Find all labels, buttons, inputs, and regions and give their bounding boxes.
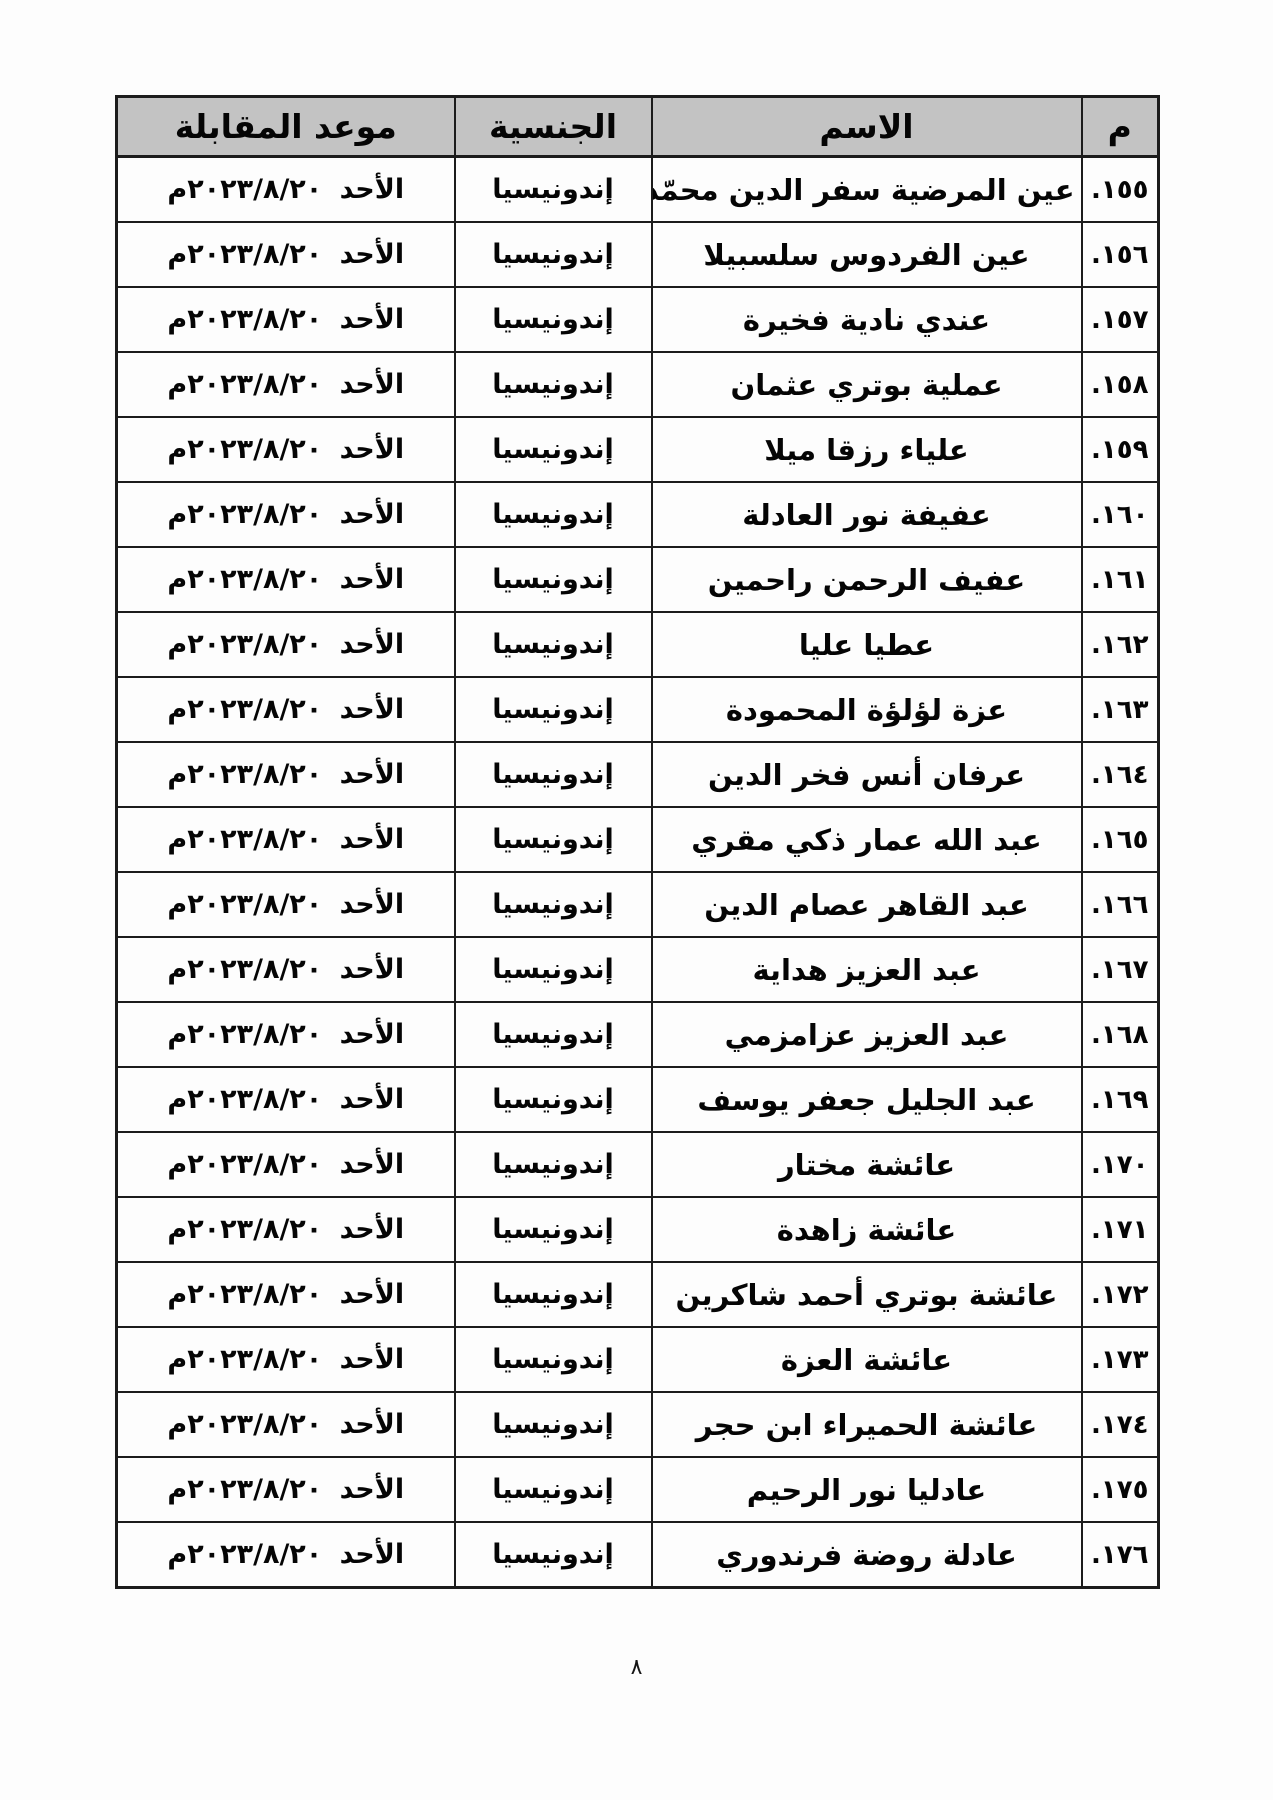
name-cell: عبد القاهر عصام الدين [652, 872, 1082, 937]
name-cell: عفيف الرحمن راحمين [652, 547, 1082, 612]
table-row: ١٥٥.عين المرضية سفر الدين محمّدإندونيسيا… [117, 157, 1159, 223]
nationality-cell: إندونيسيا [455, 287, 652, 352]
nationality-cell: إندونيسيا [455, 872, 652, 937]
row-number-cell: ١٥٨. [1082, 352, 1159, 417]
interview-date-cell: الأحد ٢٠٢٣/٨/٢٠م [117, 1132, 455, 1197]
page-number: ٨ [0, 1655, 1273, 1680]
table-row: ١٦٥.عبد الله عمار ذكي مقريإندونيسياالأحد… [117, 807, 1159, 872]
header-interview-date: موعد المقابلة [117, 97, 455, 157]
name-cell: عائشة بوتري أحمد شاكرين [652, 1262, 1082, 1327]
row-number-cell: ١٧٤. [1082, 1392, 1159, 1457]
name-cell: عائشة العزة [652, 1327, 1082, 1392]
row-number-cell: ١٦٨. [1082, 1002, 1159, 1067]
row-number-cell: ١٧٦. [1082, 1522, 1159, 1588]
nationality-cell: إندونيسيا [455, 742, 652, 807]
row-number-cell: ١٧٠. [1082, 1132, 1159, 1197]
document-page: م الاسم الجنسية موعد المقابلة ١٥٥.عين ال… [0, 0, 1273, 1800]
nationality-cell: إندونيسيا [455, 937, 652, 1002]
interview-date-cell: الأحد ٢٠٢٣/٨/٢٠م [117, 1197, 455, 1262]
nationality-cell: إندونيسيا [455, 1132, 652, 1197]
row-number-cell: ١٦٤. [1082, 742, 1159, 807]
interview-date-cell: الأحد ٢٠٢٣/٨/٢٠م [117, 417, 455, 482]
table-row: ١٧٠.عائشة مختارإندونيسياالأحد ٢٠٢٣/٨/٢٠م [117, 1132, 1159, 1197]
row-number-cell: ١٥٥. [1082, 157, 1159, 223]
nationality-cell: إندونيسيا [455, 1392, 652, 1457]
nationality-cell: إندونيسيا [455, 1262, 652, 1327]
nationality-cell: إندونيسيا [455, 157, 652, 223]
interview-date-cell: الأحد ٢٠٢٣/٨/٢٠م [117, 547, 455, 612]
interview-date-cell: الأحد ٢٠٢٣/٨/٢٠م [117, 1522, 455, 1588]
name-cell: عائشة زاهدة [652, 1197, 1082, 1262]
row-number-cell: ١٦١. [1082, 547, 1159, 612]
interview-schedule-table: م الاسم الجنسية موعد المقابلة ١٥٥.عين ال… [115, 95, 1160, 1589]
table-header-row: م الاسم الجنسية موعد المقابلة [117, 97, 1159, 157]
table-row: ١٦٢.عطيا علياإندونيسياالأحد ٢٠٢٣/٨/٢٠م [117, 612, 1159, 677]
table-row: ١٧٥.عادليا نور الرحيمإندونيسياالأحد ٢٠٢٣… [117, 1457, 1159, 1522]
name-cell: علياء رزقا ميلا [652, 417, 1082, 482]
row-number-cell: ١٦٩. [1082, 1067, 1159, 1132]
interview-date-cell: الأحد ٢٠٢٣/٨/٢٠م [117, 677, 455, 742]
row-number-cell: ١٦٥. [1082, 807, 1159, 872]
row-number-cell: ١٦٠. [1082, 482, 1159, 547]
row-number-cell: ١٦٦. [1082, 872, 1159, 937]
interview-date-cell: الأحد ٢٠٢٣/٨/٢٠م [117, 287, 455, 352]
interview-date-cell: الأحد ٢٠٢٣/٨/٢٠م [117, 742, 455, 807]
nationality-cell: إندونيسيا [455, 807, 652, 872]
table-row: ١٥٧.عندي نادية فخيرةإندونيسياالأحد ٢٠٢٣/… [117, 287, 1159, 352]
interview-date-cell: الأحد ٢٠٢٣/٨/٢٠م [117, 1457, 455, 1522]
row-number-cell: ١٦٧. [1082, 937, 1159, 1002]
interview-date-cell: الأحد ٢٠٢٣/٨/٢٠م [117, 1002, 455, 1067]
row-number-cell: ١٥٦. [1082, 222, 1159, 287]
table-row: ١٦١.عفيف الرحمن راحمينإندونيسياالأحد ٢٠٢… [117, 547, 1159, 612]
name-cell: عفيفة نور العادلة [652, 482, 1082, 547]
header-nationality: الجنسية [455, 97, 652, 157]
interview-date-cell: الأحد ٢٠٢٣/٨/٢٠م [117, 1392, 455, 1457]
interview-date-cell: الأحد ٢٠٢٣/٨/٢٠م [117, 1262, 455, 1327]
table-row: ١٧٦.عادلة روضة فرندوريإندونيسياالأحد ٢٠٢… [117, 1522, 1159, 1588]
row-number-cell: ١٦٣. [1082, 677, 1159, 742]
name-cell: عين الفردوس سلسبيلا [652, 222, 1082, 287]
nationality-cell: إندونيسيا [455, 222, 652, 287]
row-number-cell: ١٧١. [1082, 1197, 1159, 1262]
interview-date-cell: الأحد ٢٠٢٣/٨/٢٠م [117, 482, 455, 547]
table-row: ١٥٩.علياء رزقا ميلاإندونيسياالأحد ٢٠٢٣/٨… [117, 417, 1159, 482]
header-number: م [1082, 97, 1159, 157]
interview-date-cell: الأحد ٢٠٢٣/٨/٢٠م [117, 157, 455, 223]
interview-date-cell: الأحد ٢٠٢٣/٨/٢٠م [117, 1067, 455, 1132]
nationality-cell: إندونيسيا [455, 1327, 652, 1392]
name-cell: عائشة الحميراء ابن حجر [652, 1392, 1082, 1457]
nationality-cell: إندونيسيا [455, 1067, 652, 1132]
nationality-cell: إندونيسيا [455, 1457, 652, 1522]
nationality-cell: إندونيسيا [455, 1002, 652, 1067]
interview-date-cell: الأحد ٢٠٢٣/٨/٢٠م [117, 1327, 455, 1392]
table-row: ١٦٠.عفيفة نور العادلةإندونيسياالأحد ٢٠٢٣… [117, 482, 1159, 547]
interview-date-cell: الأحد ٢٠٢٣/٨/٢٠م [117, 807, 455, 872]
nationality-cell: إندونيسيا [455, 1522, 652, 1588]
nationality-cell: إندونيسيا [455, 1197, 652, 1262]
nationality-cell: إندونيسيا [455, 547, 652, 612]
table-row: ١٦٦.عبد القاهر عصام الدينإندونيسياالأحد … [117, 872, 1159, 937]
name-cell: عبد العزيز عزامزمي [652, 1002, 1082, 1067]
interview-date-cell: الأحد ٢٠٢٣/٨/٢٠م [117, 937, 455, 1002]
name-cell: عادليا نور الرحيم [652, 1457, 1082, 1522]
row-number-cell: ١٥٩. [1082, 417, 1159, 482]
nationality-cell: إندونيسيا [455, 482, 652, 547]
table-row: ١٧١.عائشة زاهدةإندونيسياالأحد ٢٠٢٣/٨/٢٠م [117, 1197, 1159, 1262]
interview-date-cell: الأحد ٢٠٢٣/٨/٢٠م [117, 872, 455, 937]
interview-date-cell: الأحد ٢٠٢٣/٨/٢٠م [117, 612, 455, 677]
name-cell: عزة لؤلؤة المحمودة [652, 677, 1082, 742]
interview-date-cell: الأحد ٢٠٢٣/٨/٢٠م [117, 222, 455, 287]
table-row: ١٧٢.عائشة بوتري أحمد شاكرينإندونيسياالأح… [117, 1262, 1159, 1327]
table-row: ١٦٣.عزة لؤلؤة المحمودةإندونيسياالأحد ٢٠٢… [117, 677, 1159, 742]
name-cell: عبد الجليل جعفر يوسف [652, 1067, 1082, 1132]
row-number-cell: ١٧٥. [1082, 1457, 1159, 1522]
table-row: ١٧٤.عائشة الحميراء ابن حجرإندونيسياالأحد… [117, 1392, 1159, 1457]
table-row: ١٥٦.عين الفردوس سلسبيلاإندونيسياالأحد ٢٠… [117, 222, 1159, 287]
name-cell: عين المرضية سفر الدين محمّد [652, 157, 1082, 223]
header-name: الاسم [652, 97, 1082, 157]
row-number-cell: ١٥٧. [1082, 287, 1159, 352]
name-cell: عبد الله عمار ذكي مقري [652, 807, 1082, 872]
table-row: ١٦٧.عبد العزيز هدايةإندونيسياالأحد ٢٠٢٣/… [117, 937, 1159, 1002]
table-row: ١٦٤.عرفان أنس فخر الدينإندونيسياالأحد ٢٠… [117, 742, 1159, 807]
row-number-cell: ١٧٣. [1082, 1327, 1159, 1392]
interview-date-cell: الأحد ٢٠٢٣/٨/٢٠م [117, 352, 455, 417]
table-row: ١٧٣.عائشة العزةإندونيسياالأحد ٢٠٢٣/٨/٢٠م [117, 1327, 1159, 1392]
name-cell: عرفان أنس فخر الدين [652, 742, 1082, 807]
table-row: ١٦٨.عبد العزيز عزامزميإندونيسياالأحد ٢٠٢… [117, 1002, 1159, 1067]
name-cell: عطيا عليا [652, 612, 1082, 677]
row-number-cell: ١٧٢. [1082, 1262, 1159, 1327]
nationality-cell: إندونيسيا [455, 352, 652, 417]
table-row: ١٥٨.عملية بوتري عثمانإندونيسياالأحد ٢٠٢٣… [117, 352, 1159, 417]
name-cell: عملية بوتري عثمان [652, 352, 1082, 417]
nationality-cell: إندونيسيا [455, 417, 652, 482]
name-cell: عبد العزيز هداية [652, 937, 1082, 1002]
name-cell: عندي نادية فخيرة [652, 287, 1082, 352]
table-row: ١٦٩.عبد الجليل جعفر يوسفإندونيسياالأحد ٢… [117, 1067, 1159, 1132]
name-cell: عائشة مختار [652, 1132, 1082, 1197]
nationality-cell: إندونيسيا [455, 612, 652, 677]
row-number-cell: ١٦٢. [1082, 612, 1159, 677]
nationality-cell: إندونيسيا [455, 677, 652, 742]
name-cell: عادلة روضة فرندوري [652, 1522, 1082, 1588]
